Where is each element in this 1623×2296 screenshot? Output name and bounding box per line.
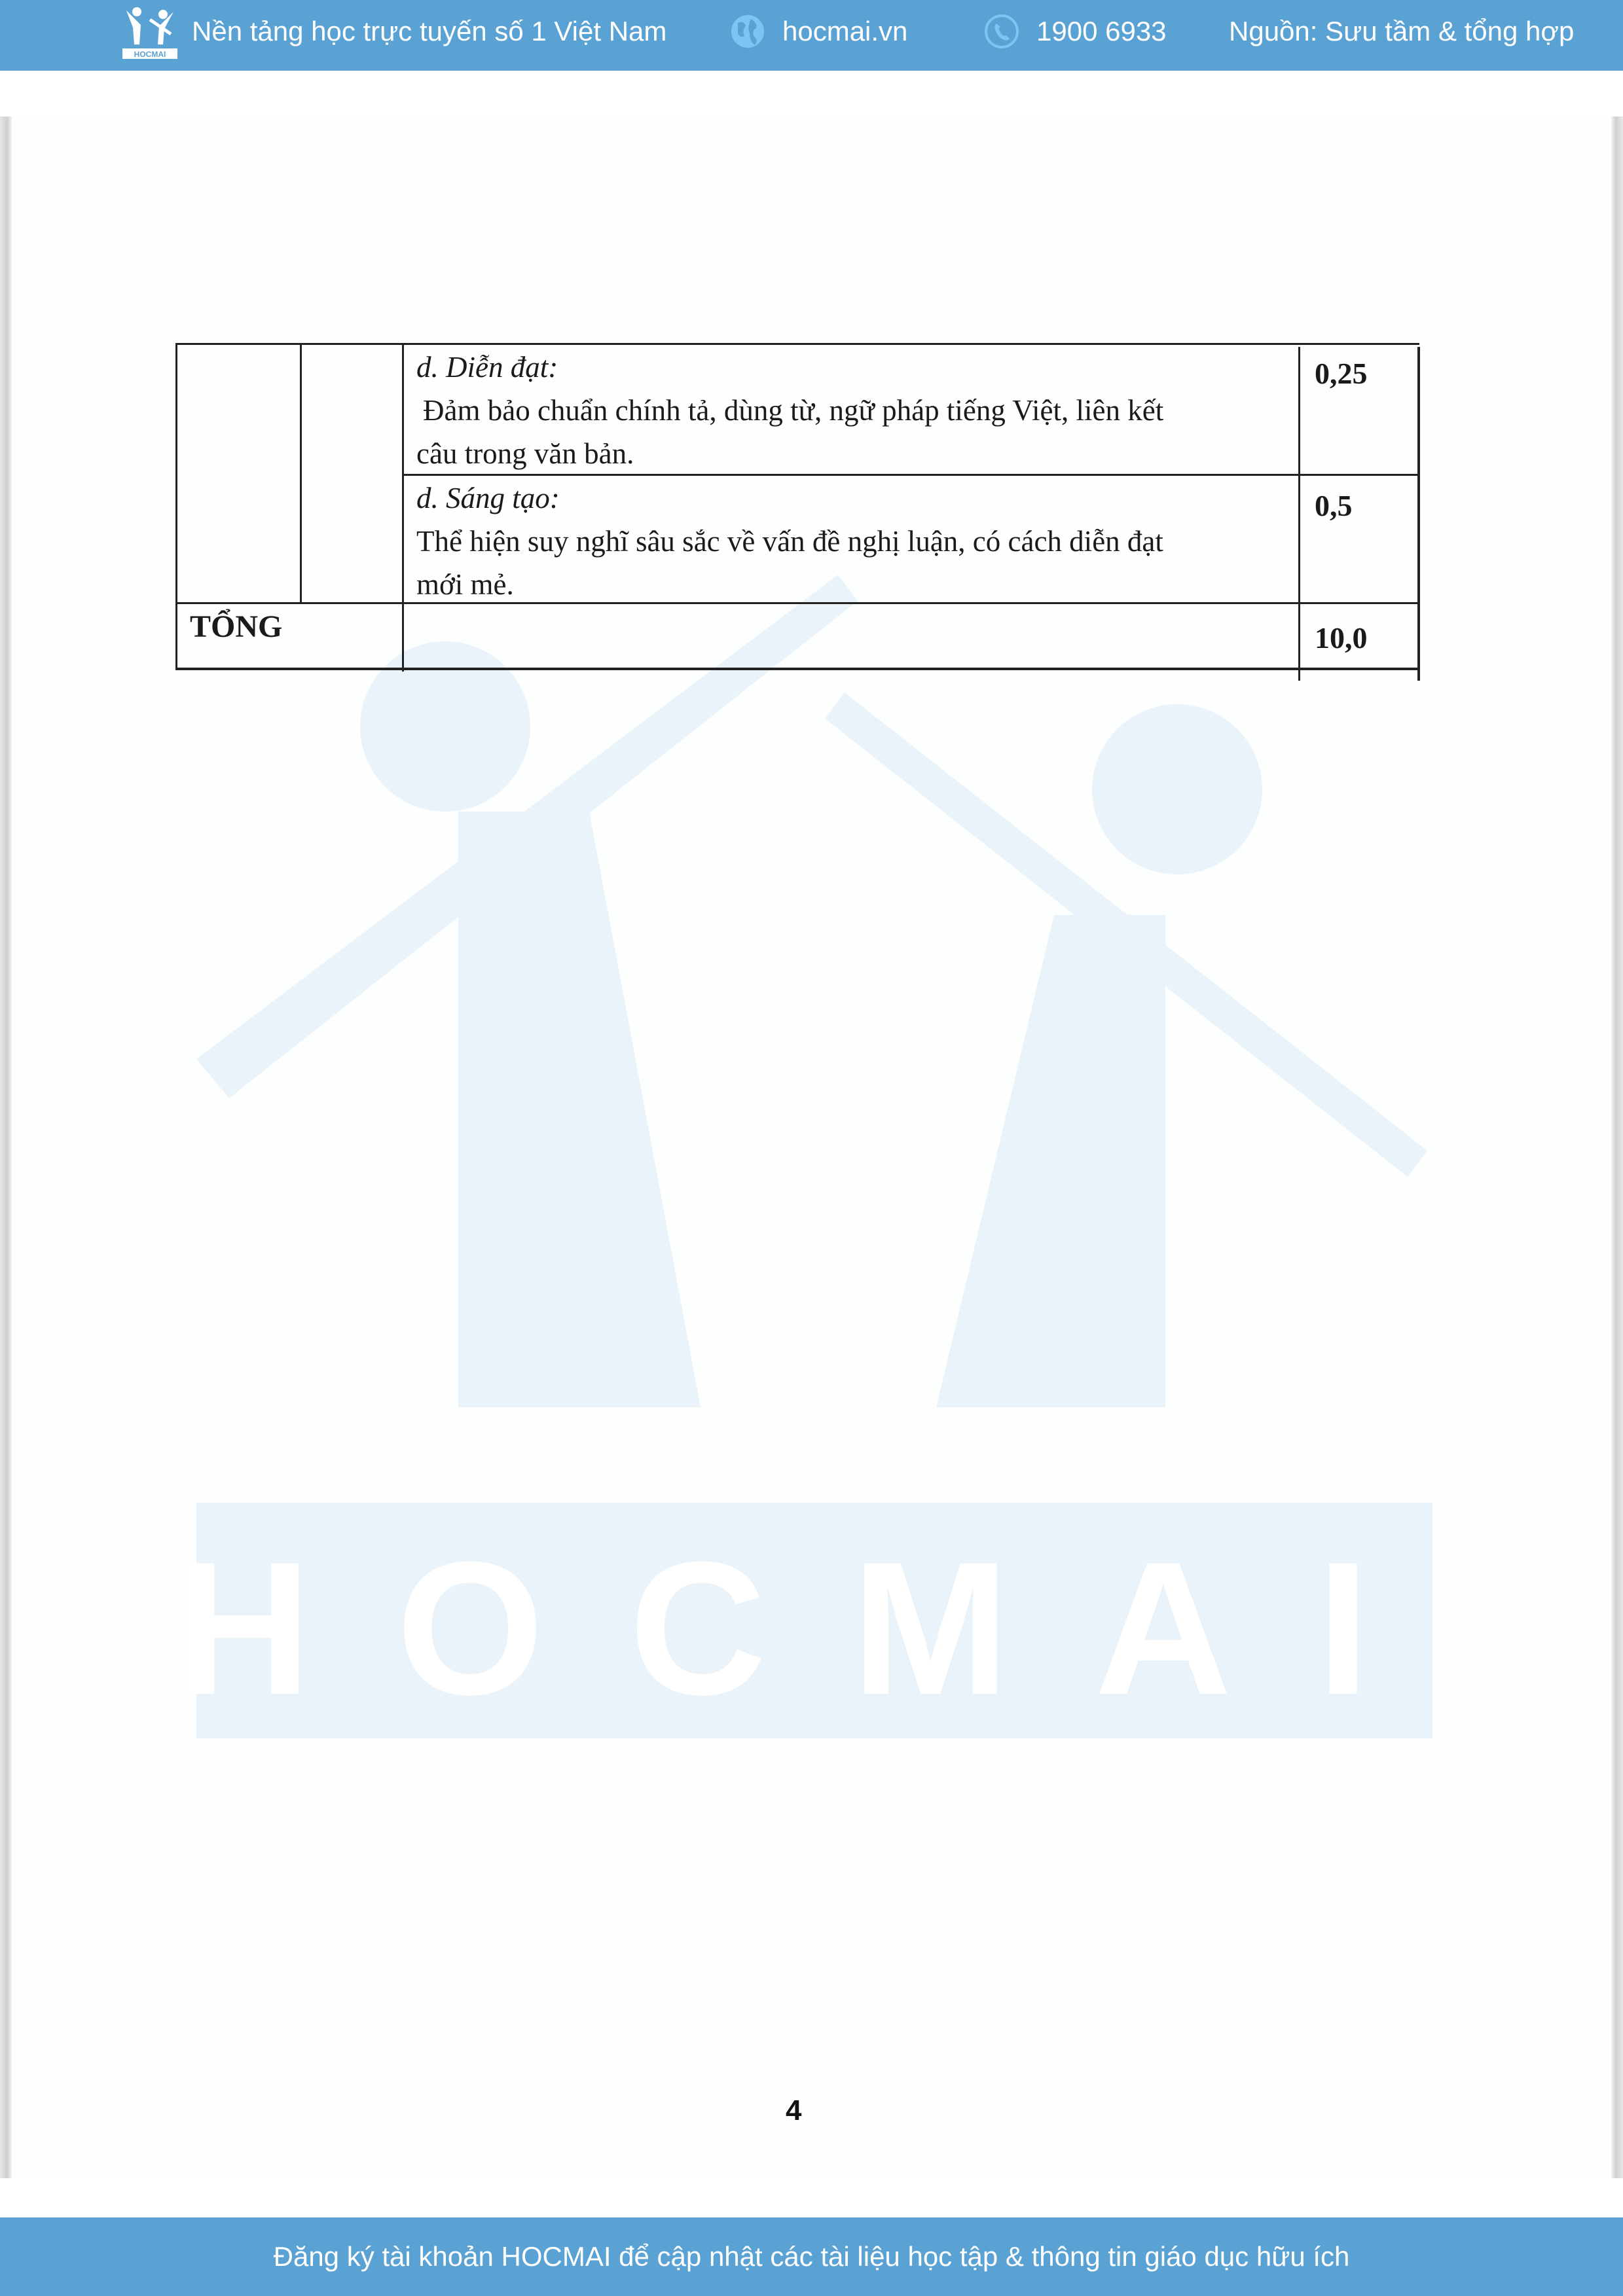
page-edge-left <box>0 117 12 2178</box>
criterion-line: câu trong văn bản. <box>416 432 1163 475</box>
phone-link[interactable]: 1900 6933 <box>984 0 1167 63</box>
total-label: TỔNG <box>190 609 282 645</box>
table-col-divider-2 <box>402 343 404 672</box>
website-text: hocmai.vn <box>782 16 907 47</box>
table-border-right <box>1417 347 1420 681</box>
criterion-line: Thể hiện suy nghĩ sâu sắc về vấn đề nghị… <box>416 520 1163 563</box>
phone-number: 1900 6933 <box>1036 16 1167 47</box>
criterion-title: d. Diễn đạt: <box>416 346 1163 389</box>
svg-text:HOCMAI: HOCMAI <box>134 50 166 59</box>
table-border-top <box>175 343 1419 345</box>
table-border-left <box>175 343 177 669</box>
tagline: Nền tảng học trực tuyến số 1 Việt Nam <box>192 0 666 63</box>
document-page: HOCMAI d. Diễn đạt: Đảm bảo chuẩn chính … <box>0 117 1623 2178</box>
globe-icon <box>730 14 765 49</box>
hocmai-logo-icon: HOCMAI <box>121 5 179 60</box>
source-note: Nguồn: Sưu tầm & tổng hợp <box>1229 0 1574 63</box>
page-edge-right <box>1611 117 1623 2178</box>
website-link[interactable]: hocmai.vn <box>730 0 907 63</box>
page-number: 4 <box>786 2094 801 2127</box>
criterion-cell: d. Sáng tạo: Thể hiện suy nghĩ sâu sắc v… <box>416 476 1163 606</box>
header-bar: HOCMAI Nền tảng học trực tuyến số 1 Việt… <box>0 0 1623 71</box>
table-border-bottom <box>175 668 1420 670</box>
criterion-line: mới mẻ. <box>416 563 1163 606</box>
svg-text:HOCMAI: HOCMAI <box>174 1522 1455 1734</box>
table-col-divider-1 <box>300 343 302 602</box>
table-col-divider-3 <box>1298 347 1300 681</box>
score-cell: 0,25 <box>1315 356 1368 391</box>
criterion-line: Đảm bảo chuẩn chính tả, dùng từ, ngữ phá… <box>416 389 1163 432</box>
score-cell: 0,5 <box>1315 488 1353 523</box>
criterion-cell: d. Diễn đạt: Đảm bảo chuẩn chính tả, dùn… <box>416 346 1163 475</box>
phone-icon <box>984 14 1019 49</box>
footer-bar[interactable]: Đăng ký tài khoản HOCMAI để cập nhật các… <box>0 2217 1623 2296</box>
footer-signup-text[interactable]: Đăng ký tài khoản HOCMAI để cập nhật các… <box>274 2241 1350 2272</box>
total-score: 10,0 <box>1315 620 1368 655</box>
criterion-title: d. Sáng tạo: <box>416 476 1163 520</box>
